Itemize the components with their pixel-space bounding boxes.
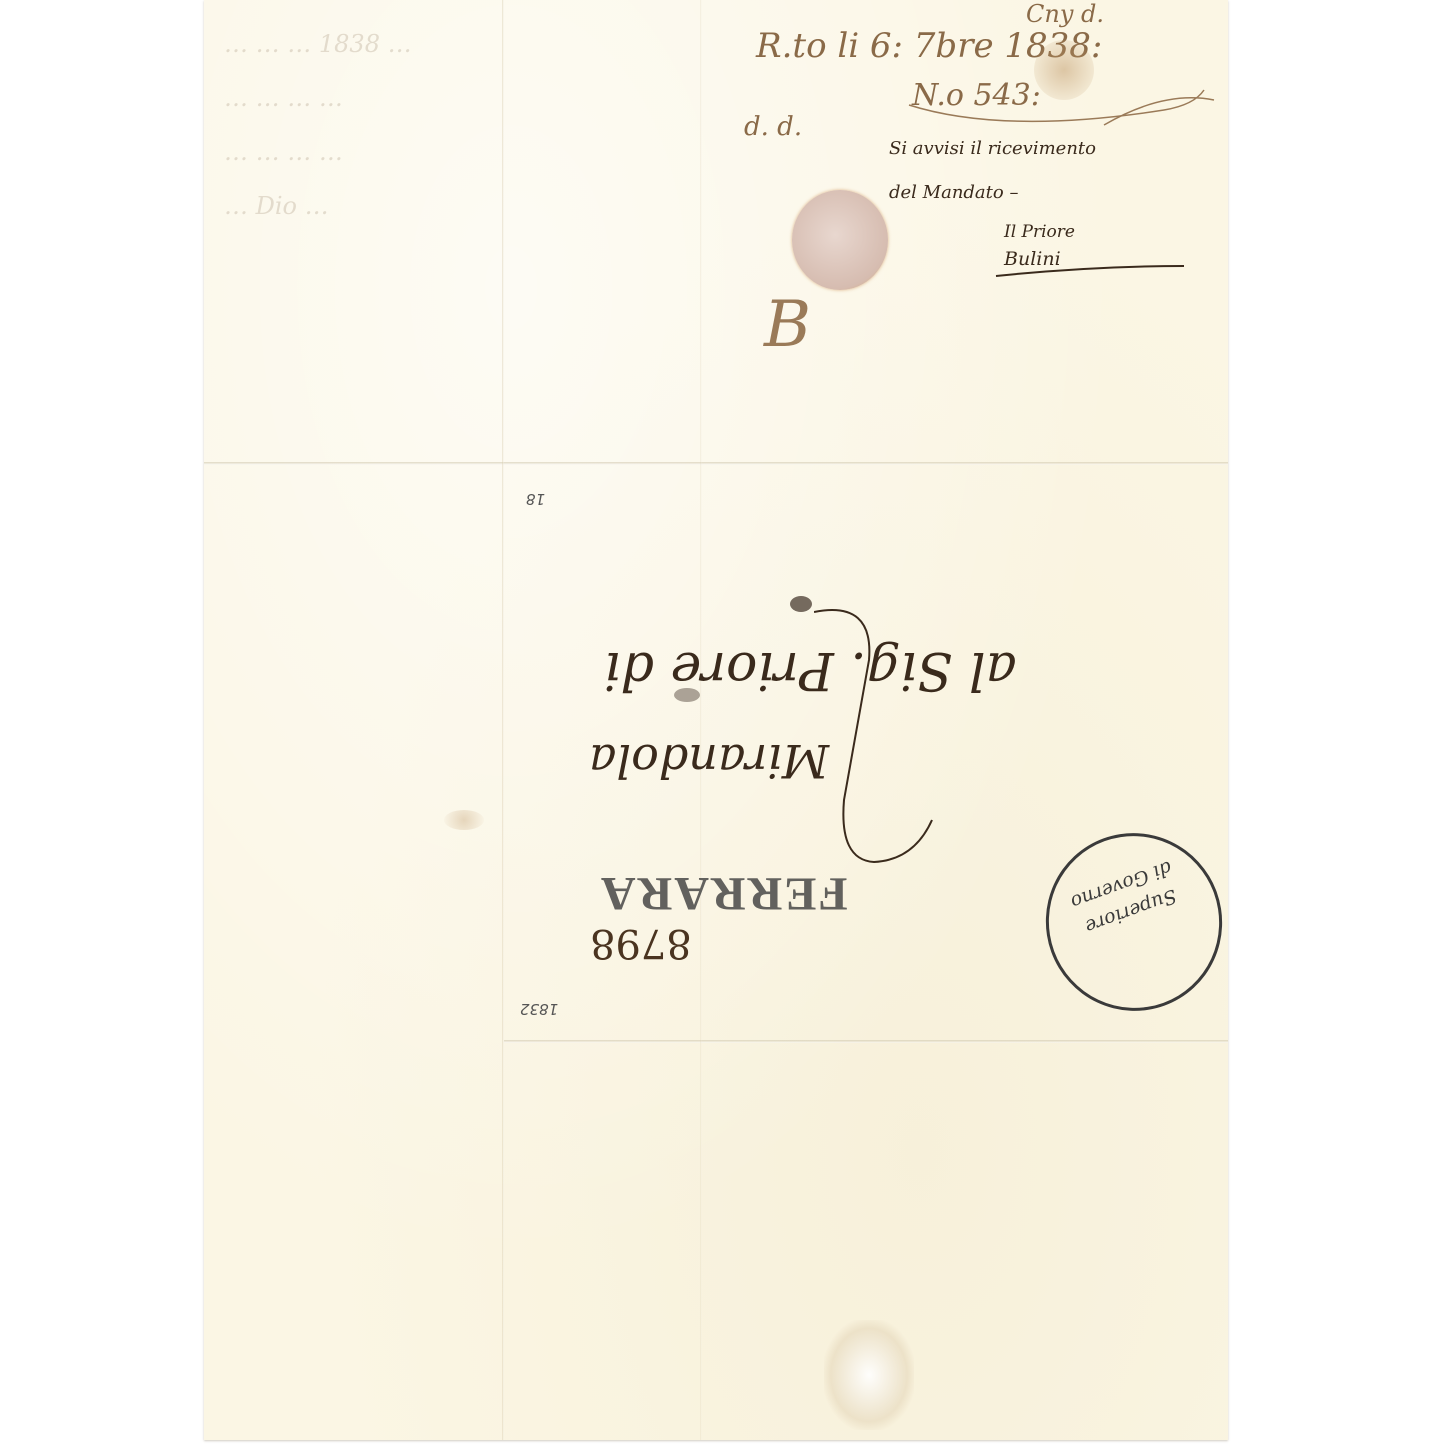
bleedthrough-text: … … … 1838 … … … … … … … … … … Dio …	[224, 30, 704, 246]
initials: d. d.	[744, 112, 802, 142]
margin-number-lower: 1832	[520, 1000, 558, 1018]
postmark-number: 8798	[590, 920, 692, 966]
ink-blot	[674, 688, 700, 702]
fold-line-horizontal-upper	[204, 462, 1228, 465]
seal-tear-mark	[824, 1320, 914, 1430]
annotation-line-1: Si avvisi il ricevimento	[889, 138, 1096, 159]
ferrara-postmark: FERRARA	[599, 866, 848, 921]
signature-underline	[994, 262, 1194, 282]
address-line-1: al Sig. Priore di	[604, 640, 1017, 700]
annotation-line-2: del Mandato –	[889, 182, 1018, 203]
address-flourish	[814, 600, 934, 870]
address-line-2: Mirandola	[589, 734, 829, 788]
fold-line-horizontal-lower	[504, 1040, 1228, 1043]
ink-blot	[790, 596, 812, 612]
protocol-underline-flourish	[904, 80, 1224, 130]
foxing-spot	[444, 810, 484, 830]
initial-mark: B	[764, 288, 811, 362]
annotation-line-3: Il Priore	[1004, 222, 1075, 242]
margin-number-upper: 18	[526, 490, 545, 508]
wax-seal	[792, 190, 888, 290]
letter-paper: … … … 1838 … … … … … … … … … … Dio … Cny…	[204, 0, 1228, 1440]
top-mark: Cny d.	[1026, 0, 1104, 28]
